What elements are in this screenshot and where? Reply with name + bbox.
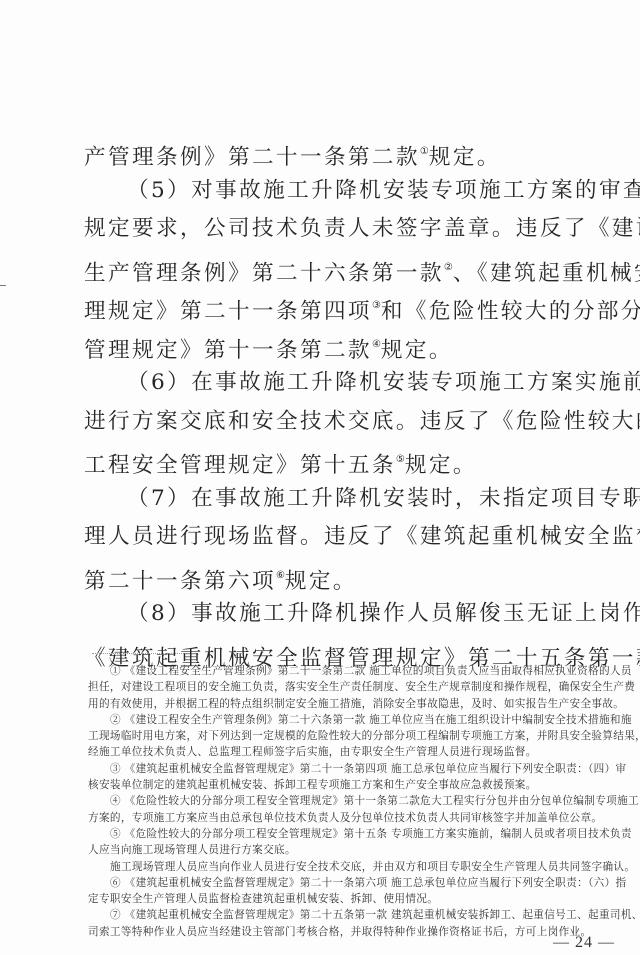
footnote-line: 担任，对建设工程项目的安全施工负责，落实安全生产责任制度、安全生产规章制度和操作…	[88, 679, 638, 695]
document-page: 产管理条例》第二十一条第二款①规定。 （5）对事故施工升降机安装专项施工方案的审…	[0, 0, 640, 955]
footnote-line: 工现场临时用电方案，对下列达到一定规模的危险性较大的分部分项工程编制专项施工方案…	[88, 728, 638, 744]
footnote-ref: ⑤	[396, 454, 405, 465]
footnote-line: ① 《建设工程安全生产管理条例》第二十一条第二款 施工单位的项目负责人应当由取得…	[88, 663, 638, 679]
body-line: （6）在事故施工升降机安装专项施工方案实施前，未按规定	[84, 364, 640, 403]
footnote-line: ③ 《建筑起重机械安全监督管理规定》第二十一条第四项 施工总承包单位应当履行下列…	[88, 761, 638, 777]
body-text: 产管理条例》第二十一条第二款①规定。 （5）对事故施工升降机安装专项施工方案的审…	[84, 133, 640, 672]
footnote-ref: ③	[372, 300, 381, 311]
body-line: 产管理条例》第二十一条第二款①规定。	[84, 133, 640, 172]
body-line: （7）在事故施工升降机安装时，未指定项目专职安全生产管	[84, 480, 640, 519]
footnote-ref: ②	[444, 262, 453, 273]
scan-margin-mark	[0, 285, 6, 286]
body-line: 第二十一条第六项⑥规定。	[84, 557, 640, 596]
footnote-line: 方案的，专项施工方案应当由总承包单位技术负责人及分包单位技术负责人共同审核签字并…	[88, 810, 638, 826]
footnotes: ① 《建设工程安全生产管理条例》第二十一条第二款 施工单位的项目负责人应当由取得…	[88, 663, 638, 940]
body-line: 工程安全管理规定》第十五条⑤规定。	[84, 441, 640, 480]
page-number: — 24 —	[553, 934, 615, 952]
body-line: 进行方案交底和安全技术交底。违反了《危险性较大的分部分项	[84, 403, 640, 442]
footnote-ref: ④	[372, 339, 381, 350]
footnote-line: 施工现场管理人员应当向作业人员进行安全技术交底，并由双方和项目专职安全生产管理人…	[88, 859, 638, 875]
footnote-line: 核安装单位制定的建筑起重机械安装、拆卸工程专项施工方案和生产安全事故应急救援预案…	[88, 777, 638, 793]
body-line: 理人员进行现场监督。违反了《建筑起重机械安全监督管理规定》	[84, 518, 640, 557]
footnote-line: 经施工单位技术负责人、总监理工程师签字后实施，由专职安全生产管理人员进行现场监督…	[88, 744, 638, 760]
footnote-line: 用的有效使用，并根据工程的特点组织制定安全施工措施，消除安全事故隐患，及时、如实…	[88, 696, 638, 712]
body-line: 管理规定》第十一条第二款④规定。	[84, 326, 640, 365]
footnote-line: ② 《建设工程安全生产管理条例》第二十六条第一款 施工单位应当在施工组织设计中编…	[88, 712, 638, 728]
footnote-ref: ①	[420, 146, 429, 157]
footnote-line: ⑥ 《建筑起重机械安全监督管理规定》第二十一条第六项 施工总承包单位应当履行下列…	[88, 875, 638, 891]
body-line: 理规定》第二十一条第四项③和《危险性较大的分部分项工程安全	[84, 287, 640, 326]
footnote-line: 定专职安全生产管理人员监督检查建筑起重机械安装、拆卸、使用情况。	[88, 891, 638, 907]
footnote-separator	[92, 653, 188, 654]
footnote-line: 人应当向施工现场管理人员进行方案交底。	[88, 842, 638, 858]
footnote-line: ④ 《危险性较大的分部分项工程安全管理规定》第十一条第二款危大工程实行分包并由分…	[88, 793, 638, 809]
footnote-ref: ⑥	[276, 570, 285, 581]
footnote-line: ⑦ 《建筑起重机械安全监督管理规定》第二十五条第一款 建筑起重机械安装拆卸工、起…	[88, 907, 638, 923]
body-line: 规定要求，公司技术负责人未签字盖章。违反了《建设工程安全	[84, 210, 640, 249]
body-line: （8）事故施工升降机操作人员解俊玉无证上岗作业。违反了	[84, 595, 640, 634]
body-line: （5）对事故施工升降机安装专项施工方案的审查不符合相关	[84, 172, 640, 211]
footnote-line: ⑤ 《危险性较大的分部分项工程安全管理规定》第十五条 专项施工方案实施前，编制人…	[88, 826, 638, 842]
body-line: 生产管理条例》第二十六条第一款②、《建筑起重机械安全监督管	[84, 249, 640, 288]
